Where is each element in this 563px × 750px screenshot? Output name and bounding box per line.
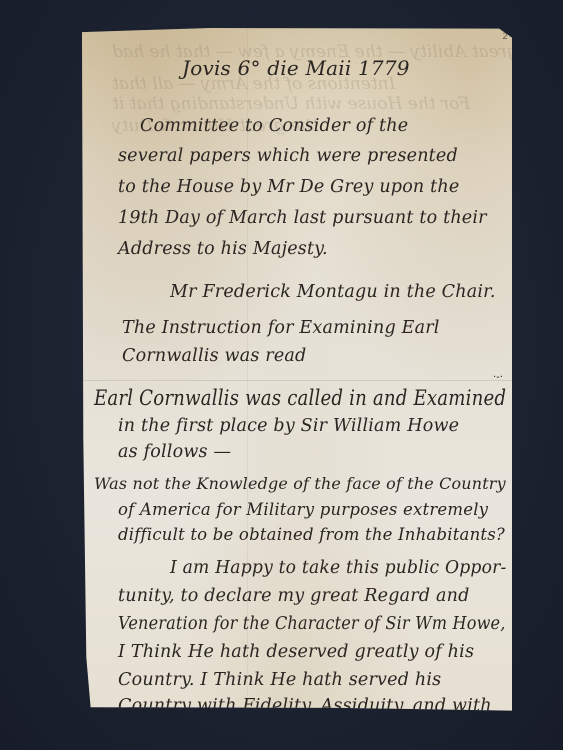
text-line: tunity, to declare my great Regard and xyxy=(118,586,470,606)
text-line: Country. I Think He hath served his xyxy=(118,670,441,690)
horizontal-fold-crease xyxy=(82,380,512,382)
text-line: in the first place by Sir William Howe xyxy=(118,416,459,436)
text-line: as follows — xyxy=(118,442,231,462)
ink-mark: ·-· xyxy=(493,372,503,383)
text-line: of America for Military purposes extreme… xyxy=(118,500,488,519)
text-line: Earl Cornwallis was called in and Examin… xyxy=(94,386,506,410)
text-line: Veneration for the Character of Sir Wm H… xyxy=(118,614,506,634)
text-line: Mr Frederick Montagu in the Chair. xyxy=(170,282,496,302)
text-line: Committee to Consider of the xyxy=(140,116,408,136)
text-line: The Instruction for Examining Earl xyxy=(122,318,440,338)
text-line: difficult to be obtained from the Inhabi… xyxy=(118,525,505,544)
text-line: Was not the Knowledge of the face of the… xyxy=(94,474,506,493)
text-line: 19th Day of March last pursuant to their xyxy=(118,208,487,228)
text-line: several papers which were presented xyxy=(118,146,458,166)
text-line: I am Happy to take this public Oppor- xyxy=(170,558,507,578)
date-heading: Jovis 6° die Maii 1779 xyxy=(182,56,410,80)
text-line: to the House by Mr De Grey upon the xyxy=(118,177,459,197)
text-line: Address to his Majesty. xyxy=(118,239,328,259)
bleed-through-line: For the House with Understanding that it xyxy=(112,94,470,114)
text-line: Cornwallis was read xyxy=(122,346,306,366)
text-line: I Think He hath deserved greatly of his xyxy=(118,642,474,662)
manuscript-page: 2 great Ability — the Enemy a few — that… xyxy=(82,28,512,712)
